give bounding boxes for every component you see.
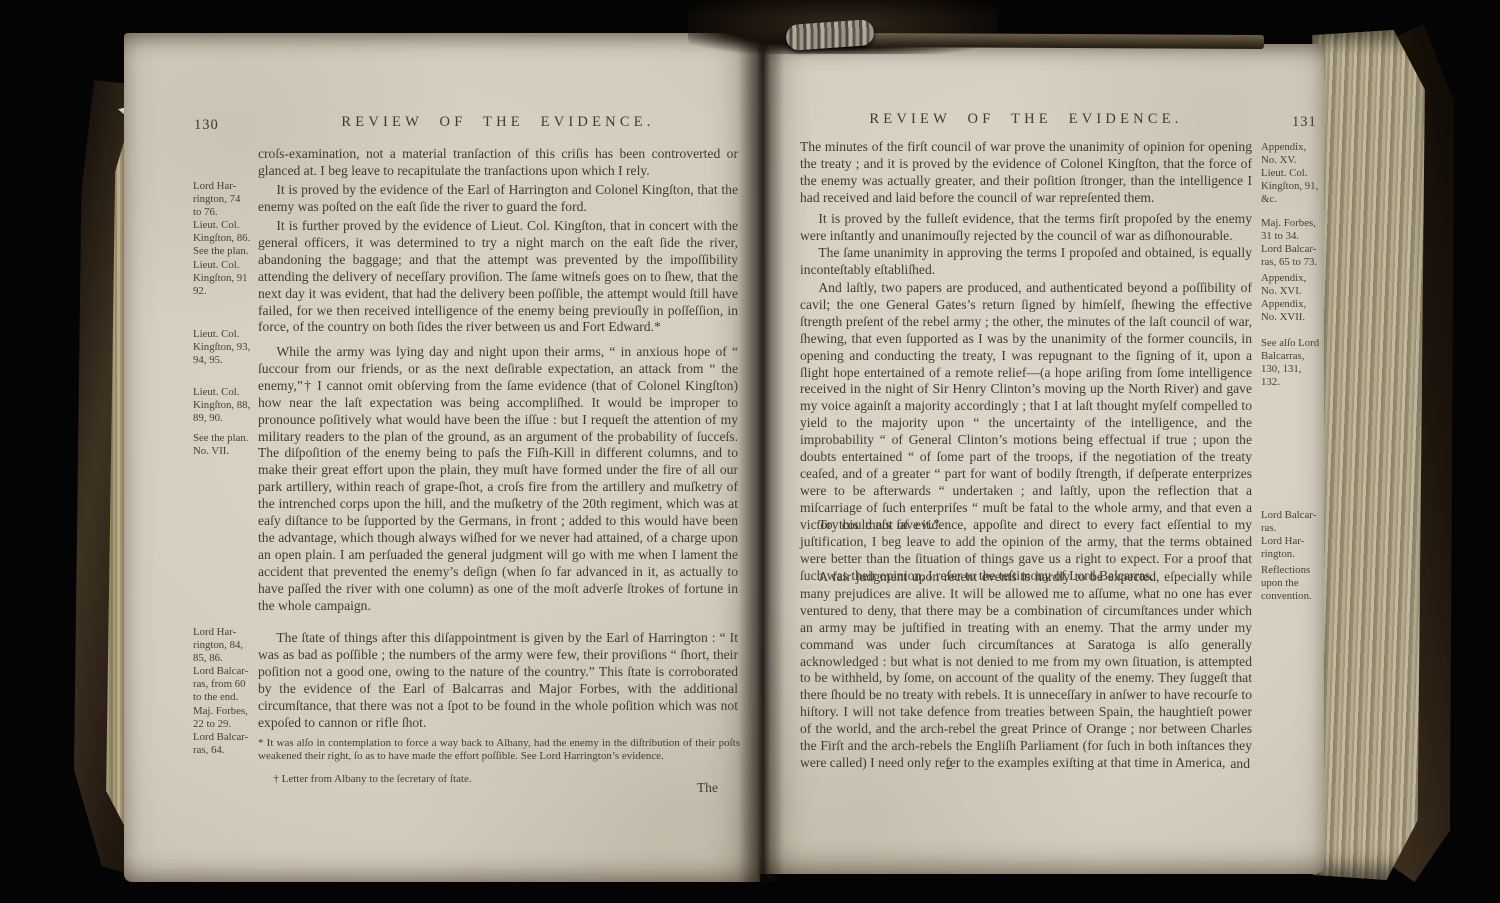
body-paragraph: It is further proved by the evidence of … xyxy=(258,218,738,336)
body-paragraph: The minutes of the firſt council of war … xyxy=(800,139,1252,207)
left-running-title: REVIEW OF THE EVIDENCE. xyxy=(258,114,738,131)
footnote: * It was alſo in contemplation to force … xyxy=(258,737,740,763)
margin-note: Lieut. Col. Kingſton, 93, 94, 95. xyxy=(193,328,257,367)
margin-note: Appendix, No. XVI. Appendix, No. XVII. xyxy=(1261,272,1341,324)
catchword-right: and xyxy=(800,756,1250,772)
body-paragraph: The ſame unanimity in approving the term… xyxy=(800,245,1252,279)
margin-note: Maj. Forbes, 31 to 34. Lord Balcar- ras,… xyxy=(1261,217,1341,269)
right-page-number: 131 xyxy=(1292,114,1317,131)
left-page-number: 130 xyxy=(194,117,219,134)
body-paragraph: It is proved by the evidence of the Earl… xyxy=(258,182,738,216)
margin-note: See the plan. No. VII. xyxy=(193,432,257,458)
body-paragraph: A fair judgment upon recent events is ha… xyxy=(800,569,1252,772)
body-paragraph: The ſtate of things after this diſappoin… xyxy=(258,630,738,731)
open-book: 130 REVIEW OF THE EVIDENCE. croſs-examin… xyxy=(0,0,1500,903)
right-running-title: REVIEW OF THE EVIDENCE. xyxy=(800,111,1252,128)
margin-note: Lieut. Col. Kingſton, 88, 89, 90. xyxy=(193,386,257,425)
margin-note: Lord Balcar- ras. Lord Har- rington. xyxy=(1261,509,1341,561)
body-paragraph: croſs-examination, not a material tranſa… xyxy=(258,146,738,180)
catchword-left: The xyxy=(258,780,718,796)
margin-note: Appendix, No. XV. Lieut. Col. Kingſton, … xyxy=(1261,141,1341,206)
body-paragraph: It is proved by the fulleſt evidence, th… xyxy=(800,211,1252,245)
right-page-top-edge xyxy=(860,33,1264,49)
body-paragraph: And laſtly, two papers are produced, and… xyxy=(800,280,1252,534)
margin-note: Lord Har- rington, 84, 85, 86. Lord Balc… xyxy=(193,626,257,757)
gutter-shadow xyxy=(738,28,784,882)
margin-note: See alſo Lord Balcarras, 130, 131, 132. xyxy=(1261,337,1341,389)
body-paragraph: While the army was lying day and night u… xyxy=(258,344,738,615)
margin-note: Reflections upon the convention. xyxy=(1261,564,1341,603)
margin-note: Lord Har- rington, 74 to 76. Lieut. Col.… xyxy=(193,180,257,298)
